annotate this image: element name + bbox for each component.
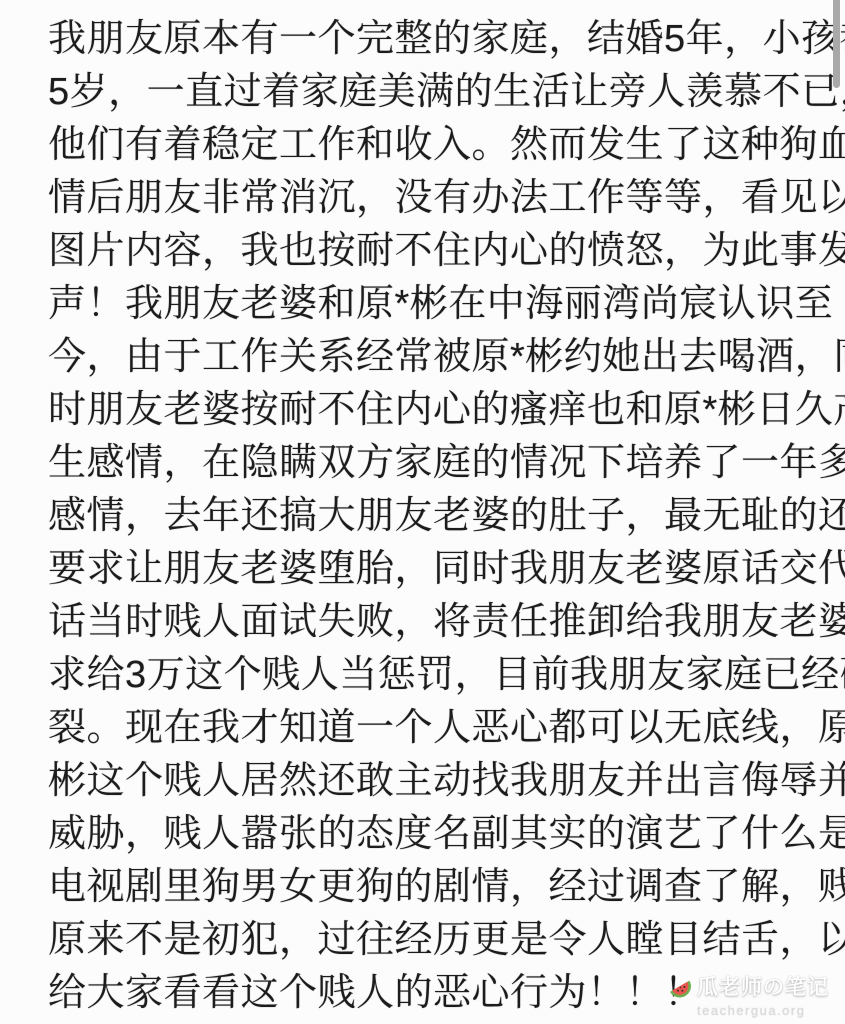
text-line: 声！我朋友老婆和原*彬在中海丽湾尚宸认识至: [48, 278, 815, 331]
text-line: 电视剧里狗男女更狗的剧情，经过调查了解，贱人: [48, 861, 815, 914]
text-line: 图片内容，我也按耐不住内心的愤怒，为此事发: [48, 225, 815, 278]
text-line: 彬这个贱人居然还敢主动找我朋友并出言侮辱并且: [48, 755, 815, 808]
scrollbar-thumb[interactable]: [833, 0, 840, 88]
text-line: 原来不是初犯，过往经历更是令人瞠目结舌，以下: [48, 914, 815, 967]
text-line: 5岁，一直过着家庭美满的生活让旁人羡慕不已，: [48, 66, 815, 119]
watermelon-icon: [667, 971, 694, 1001]
text-line: 我朋友原本有一个完整的家庭，结婚5年，小孩都: [48, 13, 815, 66]
text-line: 今，由于工作关系经常被原*彬约她出去喝酒，同: [48, 331, 815, 384]
text-line: 要求让朋友老婆堕胎，同时我朋友老婆原话交代，: [48, 543, 815, 596]
text-line: 时朋友老婆按耐不住内心的瘙痒也和原*彬日久产: [48, 384, 815, 437]
watermark: 瓜老师の笔记 teachergua.org: [667, 971, 829, 1018]
post-text: 我朋友原本有一个完整的家庭，结婚5年，小孩都 5岁，一直过着家庭美满的生活让旁人…: [48, 13, 815, 1020]
text-line: 他们有着稳定工作和收入。然而发生了这种狗血事: [48, 119, 815, 172]
text-line: 裂。现在我才知道一个人恶心都可以无底线，原*: [48, 702, 815, 755]
text-line: 话当时贱人面试失败，将责任推卸给我朋友老婆要: [48, 596, 815, 649]
watermark-title: 瓜老师の笔记: [697, 971, 829, 1001]
text-line: 感情，去年还搞大朋友老婆的肚子，最无耻的还是: [48, 490, 815, 543]
watermark-url: teachergua.org: [667, 1003, 829, 1018]
text-line: 求给3万这个贱人当惩罚，目前我朋友家庭已经破: [48, 649, 815, 702]
text-line: 生感情，在隐瞒双方家庭的情况下培养了一年多的: [48, 437, 815, 490]
text-line: 威胁，贱人嚣张的态度名副其实的演艺了什么是比: [48, 808, 815, 861]
text-line: 情后朋友非常消沉，没有办法工作等等，看见以下: [48, 172, 815, 225]
